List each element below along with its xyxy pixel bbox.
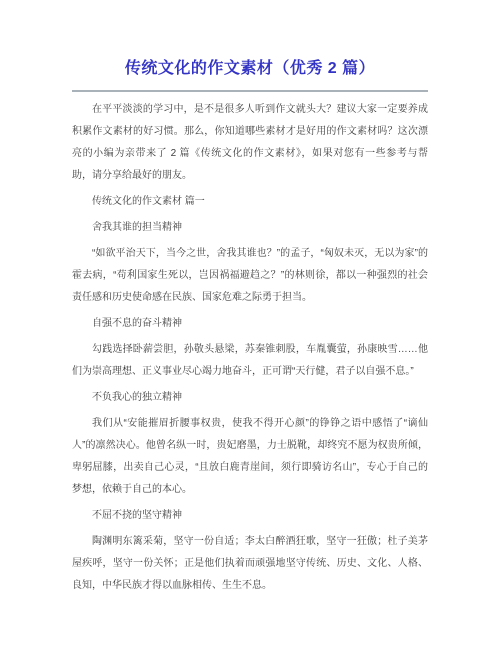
paragraph-independence-spirit: 我们从“安能摧眉折腰事权贵，使我不得开心颜”的铮铮之语中感悟了“谪仙人”的凛然决… (72, 413, 428, 501)
paragraph-responsibility-spirit: “如欲平治天下，当今之世，舍我其谁也？”的孟子，“匈奴未灭，无以为家”的霍去病，… (72, 243, 428, 309)
intro-paragraph: 在平平淡淡的学习中，是不是很多人听到作文就头大？建议大家一定要养成积累作文素材的… (72, 99, 428, 187)
document-page: 传统文化的作文素材（优秀 2 篇） 在平平淡淡的学习中，是不是很多人听到作文就头… (0, 0, 500, 647)
paragraph-striving-spirit: 勾践选择卧薪尝胆，孙敬头悬梁，苏秦锥刺股，车胤囊萤，孙康映雪……他们为崇高理想、… (72, 339, 428, 383)
subheading-striving-spirit: 自强不息的奋斗精神 (72, 313, 428, 335)
page-title: 传统文化的作文素材（优秀 2 篇） (72, 58, 428, 80)
section-label-part-one: 传统文化的作文素材 篇一 (72, 191, 428, 213)
subheading-perseverance-spirit: 不屈不挠的坚守精神 (72, 505, 428, 527)
document-content: 传统文化的作文素材（优秀 2 篇） 在平平淡淡的学习中，是不是很多人听到作文就头… (72, 0, 428, 597)
paragraph-perseverance-spirit: 陶渊明东篱采菊，坚守一份自适；李太白醉酒狂歌，坚守一狂傲；杜子美茅屋疾呼，坚守一… (72, 531, 428, 597)
subheading-independence-spirit: 不负我心的独立精神 (72, 387, 428, 409)
subheading-responsibility-spirit: 舍我其谁的担当精神 (72, 217, 428, 239)
title-divider (72, 90, 428, 92)
